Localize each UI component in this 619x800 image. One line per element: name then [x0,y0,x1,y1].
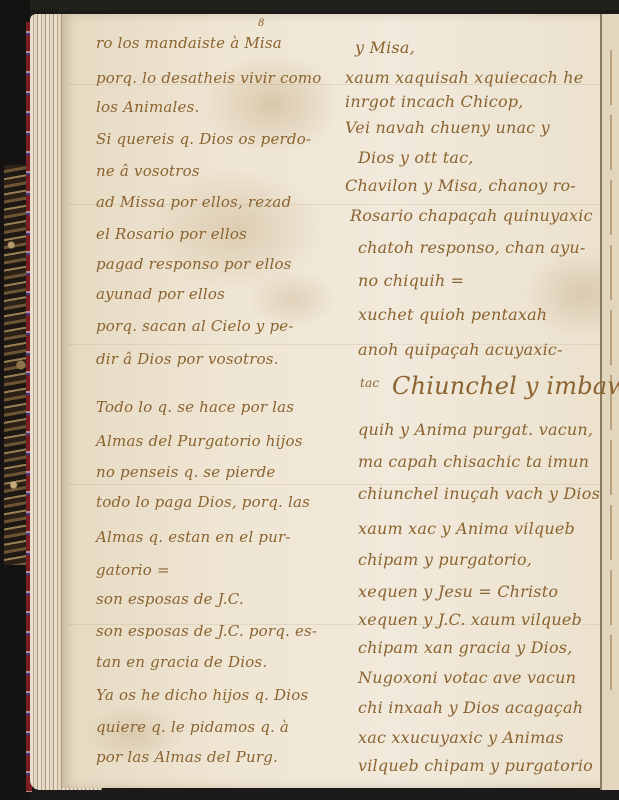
text-line: no penseis q. se pierde [96,463,275,481]
book-cover-top [0,0,619,10]
text-line: chi inxaah y Dios acagaçah [358,698,583,717]
text-line: Dios y ott tac, [358,148,474,167]
text-line: chatoh responso, chan ayu- [358,238,585,257]
text-line: porq. sacan al Cielo y pe- [96,317,294,335]
text-line: inrgot incach Chicop, [345,92,524,111]
text-line: el Rosario por ellos [96,225,247,243]
text-line: Ya os he dicho hijos q. Dios [96,686,308,704]
text-line: pagad responso por ellos [96,255,292,273]
text-line: tan en gracia de Dios. [96,653,267,671]
text-line: xuchet quioh pentaxah [358,305,547,324]
text-line: Nugoxoni votac ave vacun [358,668,576,687]
marbled-endpaper [4,165,28,565]
text-line: son esposas de J.C. [96,590,244,608]
text-line: Todo lo q. se hace por las [96,398,294,416]
text-line: gatorio = [96,561,170,579]
text-line: ne â vosotros [96,162,200,180]
text-line: tac [360,376,379,390]
text-line: chiunchel inuçah vach y Dios [358,484,600,503]
text-line: xequen y J.C. xaum vilqueb [358,610,582,629]
text-line: ad Missa por ellos, rezad [96,193,291,211]
text-line: por las Almas del Purg. [96,748,278,766]
text-line: quiere q. le pidamos q. à [96,718,289,736]
text-line: xaum xaquisah xquiecach he [345,68,583,87]
text-line: Almas del Purgatorio hijos [96,432,303,450]
text-line: Vei navah chueny unac y [345,118,550,137]
text-line: dir â Dios por vosotros. [96,350,279,368]
text-line: y Misa, [355,38,415,57]
text-line: ma capah chisachic ta imun [358,452,589,471]
text-line: ro los mandaiste à Misa [96,34,282,52]
text-line: porq. lo desatheis vivir como [96,69,321,87]
text-line: anoh quipaçah acuyaxic- [358,340,563,359]
text-line: Chavilon y Misa, chanoy ro- [345,176,576,195]
text-line: son esposas de J.C. porq. es- [96,622,317,640]
text-line: los Animales. [96,98,200,116]
text-line: vilqueb chipam y purgatorio [358,756,593,775]
folio-mark: 8 [258,18,264,29]
next-page-ink-bleed [604,40,619,780]
text-line: xequen y Jesu = Christo [358,582,558,601]
text-line: quih y Anima purgat. vacun, [358,420,593,439]
text-line: xac xxucuyaxic y Animas [358,728,564,747]
text-line: Si quereis q. Dios os perdo- [96,130,311,148]
text-line: Rosario chapaçah quinuyaxic [350,206,593,225]
text-line: Almas q. estan en el pur- [96,528,291,546]
text-line: chipam xan gracia y Dios, [358,638,573,657]
text-line: ayunad por ellos [96,285,225,303]
text-line: chipam y purgatorio, [358,550,532,569]
text-line: todo lo paga Dios, porq. las [96,493,310,511]
text-line: no chiquih = [358,271,464,290]
text-line: xaum xac y Anima vilqueb [358,519,575,538]
text-line: Chiunchel y imbaw ch [392,372,619,400]
